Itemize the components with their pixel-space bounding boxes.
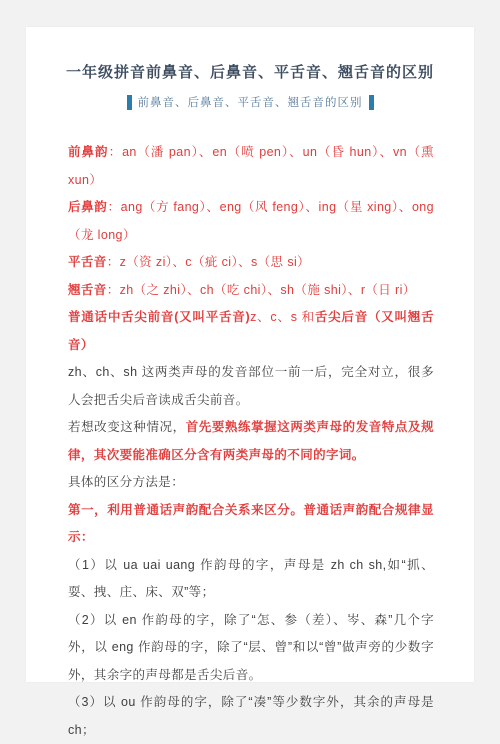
paragraph-method-one-heading: 第一，利用普通话声韵配合关系来区分。普通话声韵配合规律显示： <box>68 497 434 552</box>
subtitle: 前鼻音、后鼻音、平舌音、翘舌音的区别 <box>26 94 474 110</box>
term-label: 前鼻韵 <box>68 145 109 159</box>
document-page: 一年级拼音前鼻音、后鼻音、平舌音、翘舌音的区别 前鼻音、后鼻音、平舌音、翘舌音的… <box>26 27 474 682</box>
method-heading-text: 第一，利用普通话声韵配合关系来区分。普通话声韵配合规律显示： <box>68 503 434 545</box>
subtitle-bar-right-icon <box>369 95 374 110</box>
term-label: 后鼻韵 <box>68 200 107 214</box>
document-body: 前鼻韵：an（潘 pan）、en（喷 pen）、un（昏 hun）、vn（熏 x… <box>68 139 434 708</box>
term-examples: ：z（资 zi）、c（疵 ci）、s（思 si） <box>107 255 310 269</box>
body-text: 具体的区分方法是： <box>68 475 184 489</box>
paragraph-method-lead-in: 具体的区分方法是： <box>68 469 434 497</box>
paragraph-zh-ch-sh-explanation: zh、ch、sh 这两类声母的发音部位一前一后，完全对立，很多人会把舌尖后音读成… <box>68 359 434 414</box>
subtitle-bar-left-icon <box>127 95 132 110</box>
paragraph-back-nasal-finals: 后鼻韵：ang（方 fang）、eng（风 feng）、ing（星 xing）、… <box>68 194 434 249</box>
page-title: 一年级拼音前鼻音、后鼻音、平舌音、翘舌音的区别 <box>26 27 474 82</box>
term-label: 平舌音 <box>68 255 107 269</box>
term-examples: ：zh（之 zhi）、ch（吃 chi）、sh（施 shi）、r（日 ri） <box>107 283 416 297</box>
paragraph-curled-tongue-initials: 翘舌音：zh（之 zhi）、ch（吃 chi）、sh（施 shi）、r（日 ri… <box>68 277 434 305</box>
intro-bold-part: 普通话中舌尖前音(又叫平舌音) <box>68 310 250 324</box>
term-examples: ：ang（方 fang）、eng（风 feng）、ing（星 xing）、ong… <box>68 200 434 242</box>
body-text: zh、ch、sh 这两类声母的发音部位一前一后，完全对立，很多人会把舌尖后音读成… <box>68 365 434 407</box>
subtitle-text: 前鼻音、后鼻音、平舌音、翘舌音的区别 <box>138 94 363 110</box>
paragraph-rule-2: （2）以 en 作韵母的字，除了“怎、参（差）、岑、森”几个字外，以 eng 作… <box>68 607 434 690</box>
paragraph-rule-3: （3）以 ou 作韵母的字，除了“凑”等少数字外，其余的声母是 ch； <box>68 689 434 708</box>
body-text: （3）以 ou 作韵母的字，除了“凑”等少数字外，其余的声母是 ch； <box>68 695 438 708</box>
paragraph-front-nasal-finals: 前鼻韵：an（潘 pan）、en（喷 pen）、un（昏 hun）、vn（熏 x… <box>68 139 434 194</box>
body-text: （1）以 ua uai uang 作韵母的字，声母是 zh ch sh,如“抓、… <box>68 558 434 600</box>
body-text: （2）以 en 作韵母的字，除了“怎、参（差）、岑、森”几个字外，以 eng 作… <box>68 613 434 682</box>
paragraph-change-advice: 若想改变这种情况，首先要熟练掌握这两类声母的发音特点及规律，其次要能准确区分含有… <box>68 414 434 469</box>
paragraph-flat-tongue-initials: 平舌音：z（资 zi）、c（疵 ci）、s（思 si） <box>68 249 434 277</box>
term-label: 翘舌音 <box>68 283 107 297</box>
paragraph-rule-1: （1）以 ua uai uang 作韵母的字，声母是 zh ch sh,如“抓、… <box>68 552 434 607</box>
paragraph-putonghua-intro: 普通话中舌尖前音(又叫平舌音)z、c、s 和舌尖后音（又叫翘舌音） <box>68 304 434 359</box>
intro-regular-part: z、c、s 和 <box>250 310 315 324</box>
term-examples: ：an（潘 pan）、en（喷 pen）、un（昏 hun）、vn（熏 xun） <box>68 145 438 187</box>
advice-lead: 若想改变这种情况， <box>68 420 186 434</box>
